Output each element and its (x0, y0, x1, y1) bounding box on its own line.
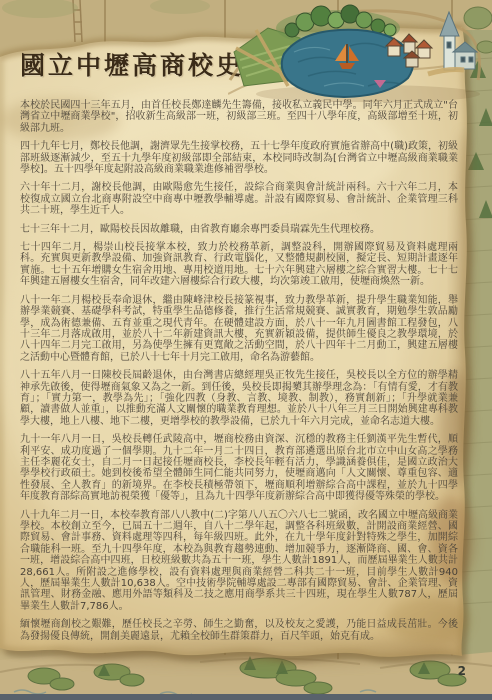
landscape-illustration (228, 2, 492, 102)
scanned-history-page: 國立中壢高商校史 (0, 0, 492, 700)
paragraph-2: 四十九年七月，鄭校長他調，謝濟眾先生接掌校務，五十七學年度政府實施省辦高中(職)… (20, 141, 458, 175)
paragraph-1: 本校於民國四十三年五月，由首任校長鄭達麟先生籌備，接收私立義民中學。同年六月正式… (20, 100, 458, 134)
paragraph-10: 緬懷壢商創校之艱難，歷任校長之辛勞、師生之勤奮，以及校友之愛護，乃能日益成長茁壯… (20, 619, 458, 642)
paragraph-7: 八十五年八月一日陳校長屆齡退休，由台灣書店總經理吳正牧先生接任，吳校長以全方位的… (20, 370, 458, 427)
paragraph-3: 六十年十二月，謝校長他調，由歐陽愈先生接任，設綜合商業與會計統計兩科。六十六年二… (20, 182, 458, 216)
paragraph-4: 七十三年十二月，歐陽校長因故離職，由省教育廳余專門委員瑞霖先生代理校務。 (20, 224, 458, 235)
paragraph-6: 八十一年二月楊校長奉命退休，繼由陳峰津校長接篆視事，致力教學革新，提升學生職業知… (20, 295, 458, 363)
page-number: 2 (458, 664, 466, 678)
paragraph-5: 七十四年二月，楊崇山校長接掌本校，致力於校務革新，調整設科，開辦國際貿易及資料處… (20, 242, 458, 288)
page-title: 國立中壢高商校史 (20, 46, 244, 82)
paragraph-9: 八十九年二月一日，本校奉教育部八八教中(二)字第八八五〇六八七二號函，改名國立中… (20, 510, 458, 613)
paragraph-8: 九十一年八月一日，吳校長轉任武陵高中，壢商校務由資深、沉穩的教務主任劉漢平先生暫… (20, 434, 458, 502)
school-history-text: 本校於民國四十三年五月，由首任校長鄭達麟先生籌備，接收私立義民中學。同年六月正式… (20, 100, 458, 649)
